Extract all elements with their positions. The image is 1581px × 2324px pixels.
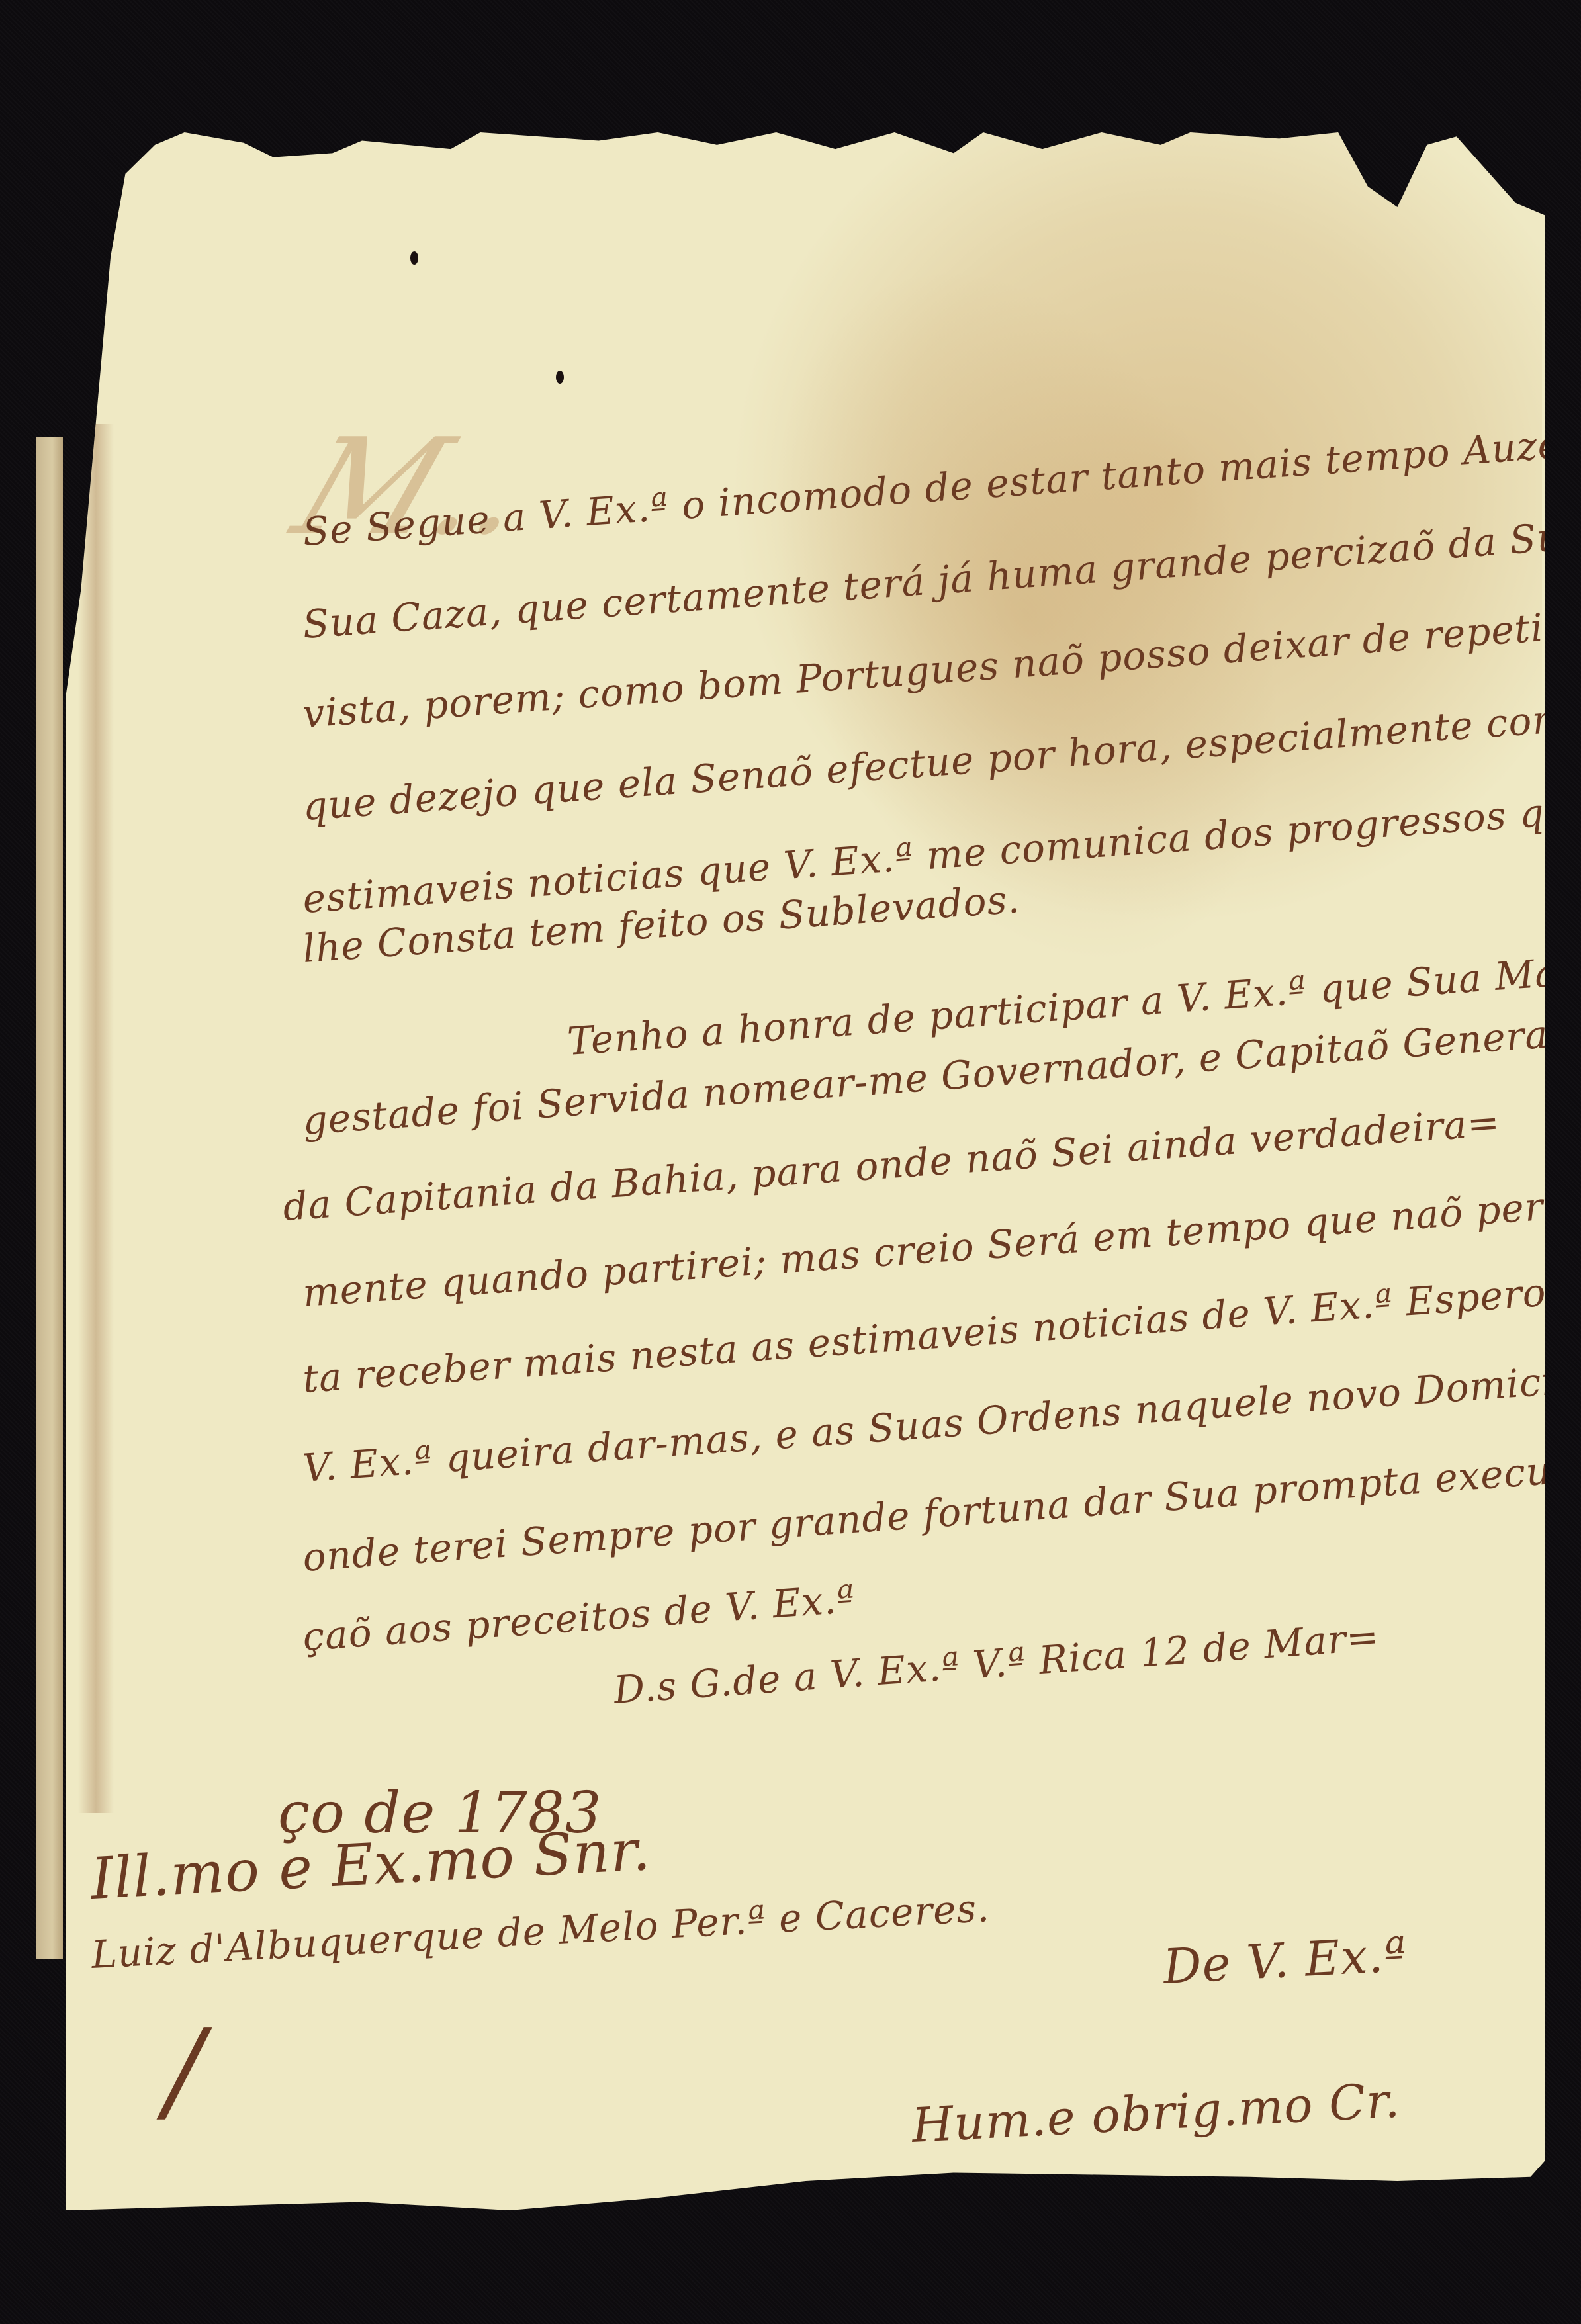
binding-strip — [36, 437, 63, 1959]
margin-mark: / — [165, 2005, 204, 2136]
binding-stain — [66, 424, 126, 1813]
closing-servant: Hum.e obrig.mo Cr. — [911, 2072, 1402, 2153]
closing-de-v-exa: De V. Ex.ª — [1162, 1926, 1409, 1994]
address-salutation: Ill.mo e Ex.mo Snr. — [89, 1817, 653, 1912]
manuscript-page: M.. Se Segue a V. Ex.ª o incomodo de est… — [66, 132, 1545, 2210]
worm-hole — [410, 251, 418, 265]
worm-hole — [556, 371, 564, 384]
body-line-14: çaõ aos preceitos de V. Ex.ª — [301, 1576, 856, 1660]
